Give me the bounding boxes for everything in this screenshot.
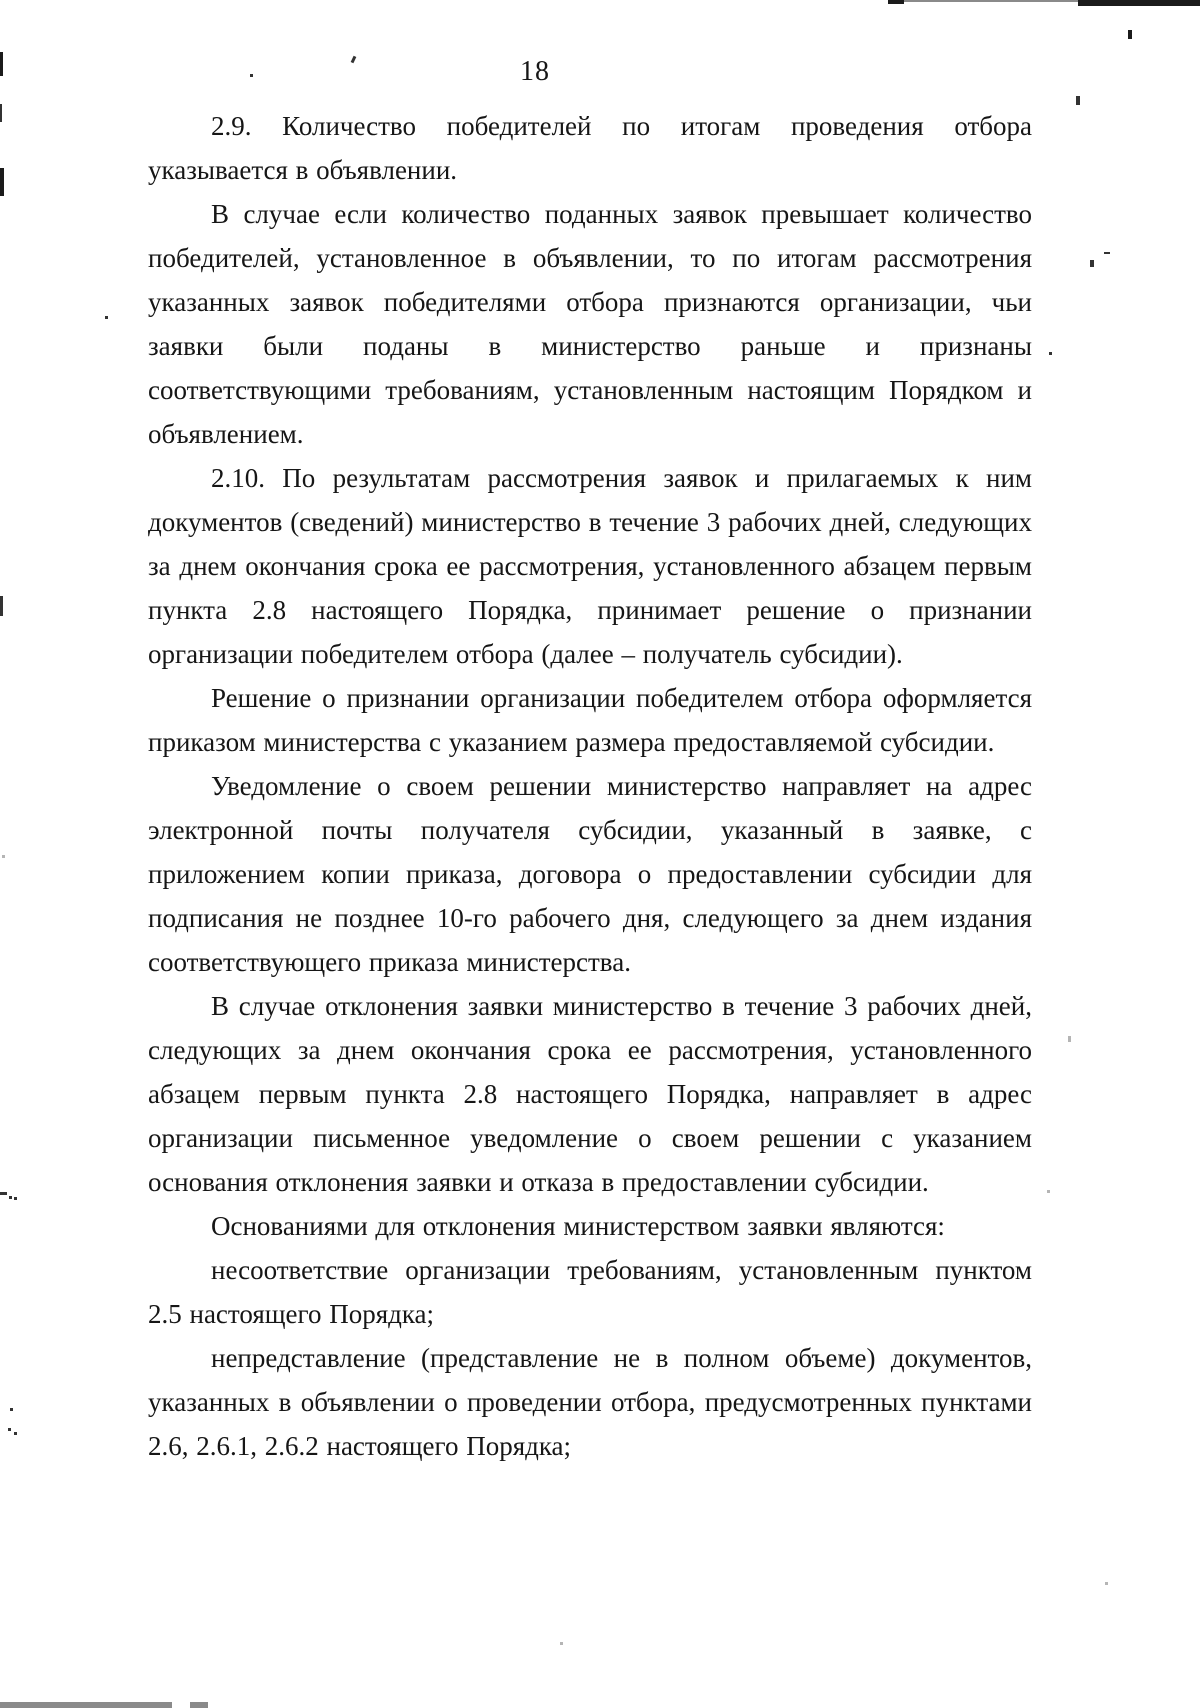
scan-mark <box>190 1702 208 1708</box>
scan-mark <box>1049 352 1052 355</box>
scan-mark <box>888 0 904 4</box>
scan-mark <box>0 596 3 616</box>
paragraph-notification: Уведомление о своем решении министерство… <box>148 764 1032 984</box>
scan-mark <box>14 1432 17 1435</box>
paragraph-rejection: В случае отклонения заявки министерство … <box>148 984 1032 1204</box>
page-number: 18 <box>0 56 1070 88</box>
scan-mark <box>0 168 4 196</box>
paragraph-grounds-intro: Основаниями для отклонения министерством… <box>148 1204 1032 1248</box>
paragraph-2-9: 2.9. Количество победителей по итогам пр… <box>148 104 1032 192</box>
scan-mark <box>105 316 108 319</box>
paragraph-ground-2: непредставление (представление не в полн… <box>148 1336 1032 1468</box>
paragraph-decision-order: Решение о признании организации победите… <box>148 676 1032 764</box>
scan-mark <box>8 1428 11 1431</box>
scan-mark <box>9 1196 12 1199</box>
scan-mark <box>0 52 3 76</box>
scan-mark <box>2 855 5 858</box>
scan-mark <box>1128 30 1132 39</box>
scan-mark <box>1078 0 1200 6</box>
scan-mark <box>0 104 2 122</box>
scan-mark <box>560 1642 563 1645</box>
scan-mark <box>1068 1036 1071 1042</box>
scan-mark <box>1076 96 1080 105</box>
scan-mark <box>1105 1582 1108 1585</box>
scan-mark <box>0 1192 7 1195</box>
scan-mark <box>250 74 253 77</box>
scan-mark <box>1047 1190 1050 1193</box>
document-body: 2.9. Количество победителей по итогам пр… <box>148 104 1032 1468</box>
scanned-document-page: 18 2.9. Количество победителей по итогам… <box>0 0 1200 1708</box>
paragraph-excess-applications: В случае если количество поданных заявок… <box>148 192 1032 456</box>
paragraph-2-10: 2.10. По результатам рассмотрения заявок… <box>148 456 1032 676</box>
paragraph-ground-1: несоответствие организации требованиям, … <box>148 1248 1032 1336</box>
scan-mark <box>10 1408 13 1411</box>
scan-mark <box>1090 260 1094 267</box>
scan-mark <box>0 1702 172 1708</box>
scan-mark <box>14 1197 17 1200</box>
scan-mark <box>1104 252 1110 254</box>
